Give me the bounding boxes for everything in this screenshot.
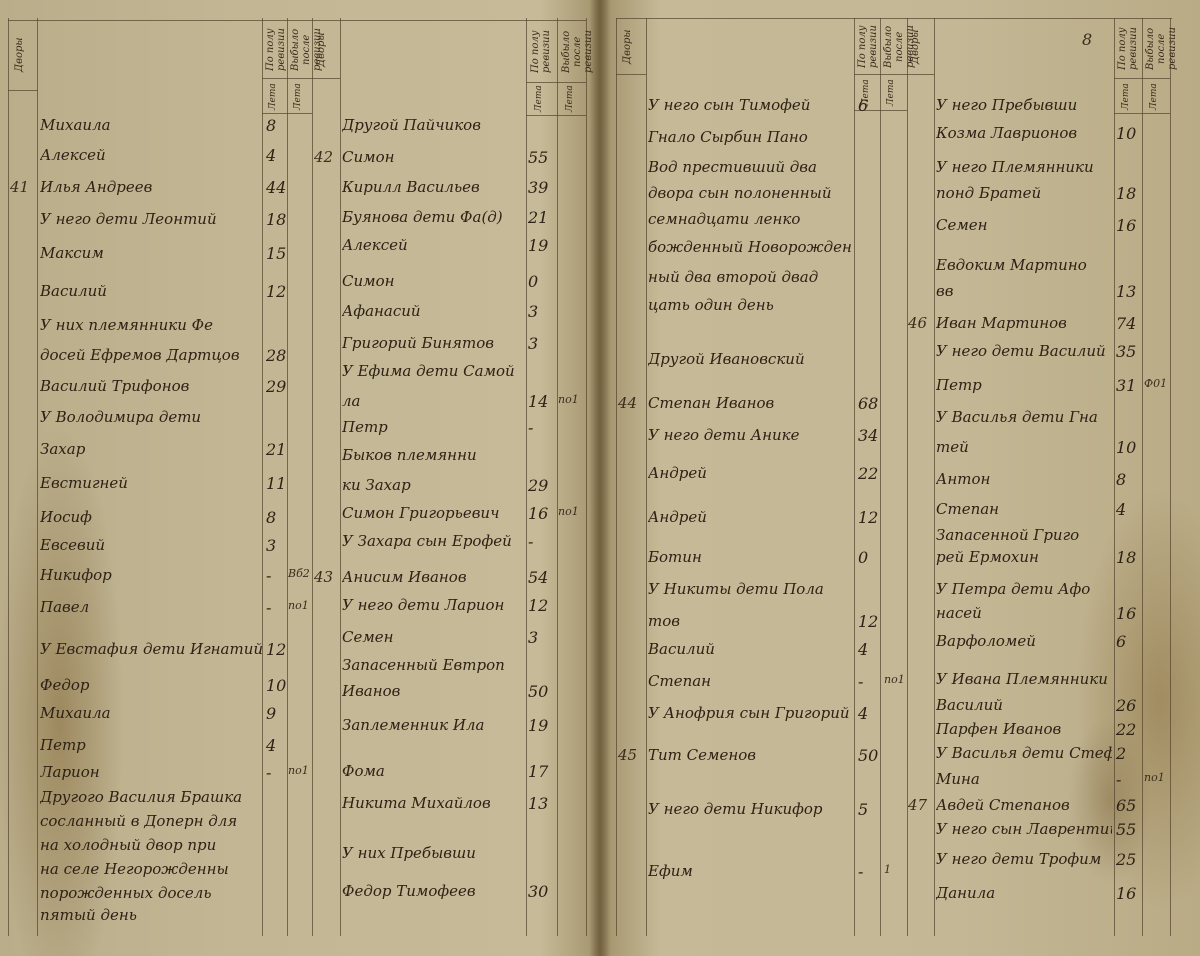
- register-entry: Иванов: [342, 682, 400, 700]
- register-entry: Анисим Иванов: [342, 568, 467, 586]
- rule: [262, 113, 312, 114]
- register-entry: У него дети Василий: [936, 342, 1106, 360]
- register-entry: Запасенный Евтроп: [342, 656, 505, 674]
- household-number: 46: [908, 314, 927, 332]
- household-number: 47: [908, 796, 927, 814]
- age-value: 18: [1116, 548, 1136, 567]
- register-entry: насей: [936, 604, 982, 622]
- annotation-mark: по1: [558, 394, 579, 405]
- annotation-mark: Вб2: [288, 568, 310, 579]
- age-value: 3: [528, 334, 538, 353]
- age-value: 9: [266, 704, 276, 723]
- age-value: 6: [1116, 632, 1126, 651]
- rule: [616, 18, 617, 936]
- age-value: 30: [528, 882, 548, 901]
- register-entry: Ефим: [648, 862, 693, 880]
- register-entry: Степан Иванов: [648, 394, 774, 412]
- annotation-mark: по1: [558, 506, 579, 517]
- left-page: Дворы По полу ревизии Выбыло после ревиз…: [0, 0, 598, 956]
- age-value: 44: [266, 178, 286, 197]
- age-value: 0: [858, 548, 868, 567]
- age-value: -: [858, 672, 863, 691]
- age-value: 18: [1116, 184, 1136, 203]
- rule: [8, 18, 9, 936]
- register-entry: Кирилл Васильев: [342, 178, 480, 196]
- age-value: 5: [858, 800, 868, 819]
- header-age-2-col2: Лета: [1149, 84, 1159, 110]
- age-value: 17: [528, 762, 548, 781]
- register-entry: Мина: [936, 770, 980, 788]
- header-households: Дворы: [622, 22, 633, 72]
- header-households: Дворы: [14, 24, 25, 86]
- register-entry: Степан: [936, 500, 999, 518]
- age-value: 3: [528, 302, 538, 321]
- age-value: 12: [266, 640, 286, 659]
- header-age-col2: Лета: [534, 86, 544, 112]
- register-entry: Алексей: [40, 146, 106, 164]
- header-age-2: Лета: [886, 80, 896, 106]
- register-entry: Петр: [342, 418, 388, 436]
- rule: [1114, 113, 1170, 114]
- register-entry: Другой Пайчиков: [342, 116, 481, 134]
- register-entry: У него Племянники: [936, 158, 1094, 176]
- header-age: Лета: [268, 84, 278, 110]
- register-entry: ки Захар: [342, 476, 411, 494]
- age-value: 10: [1116, 438, 1136, 457]
- register-entry: семнадцати ленко: [648, 210, 800, 228]
- register-entry: Михаила: [40, 704, 111, 722]
- age-value: 12: [528, 596, 548, 615]
- register-entry: Ботин: [648, 548, 702, 566]
- rule: [262, 78, 340, 79]
- register-entry: Василий: [936, 696, 1003, 714]
- age-value: 12: [266, 282, 286, 301]
- age-value: 14: [528, 392, 548, 411]
- register-entry: Евдоким Мартино: [936, 256, 1087, 274]
- age-value: -: [858, 862, 863, 881]
- age-value: 12: [858, 612, 878, 631]
- register-entry: Максим: [40, 244, 104, 262]
- age-value: 68: [858, 394, 878, 413]
- rule: [287, 18, 288, 936]
- age-value: 13: [528, 794, 548, 813]
- age-value: 21: [528, 208, 548, 227]
- register-entry: Павел: [40, 598, 89, 616]
- register-entry: Федор Тимофеев: [342, 882, 476, 900]
- age-value: -: [528, 532, 533, 551]
- register-entry: У него сын Тимофей: [648, 96, 810, 114]
- age-value: 6: [858, 96, 868, 115]
- rule: [1114, 78, 1170, 79]
- household-number: 45: [618, 746, 637, 764]
- register-entry: Иван Мартинов: [936, 314, 1067, 332]
- rule: [526, 18, 527, 936]
- age-value: 10: [266, 676, 286, 695]
- register-entry: У Василья дети Стефан: [936, 744, 1112, 762]
- register-entry: Никита Михайлов: [342, 794, 491, 812]
- register-entry: Евстигней: [40, 474, 128, 492]
- register-entry: Данила: [936, 884, 995, 902]
- register-entry: вв: [936, 282, 953, 300]
- register-entry: тей: [936, 438, 969, 456]
- rule: [8, 90, 38, 91]
- rule: [880, 18, 881, 936]
- register-entry: Андрей: [648, 508, 707, 526]
- register-entry: понд Братей: [936, 184, 1041, 202]
- age-value: 25: [1116, 850, 1136, 869]
- age-value: 15: [266, 244, 286, 263]
- age-value: 35: [1116, 342, 1136, 361]
- register-entry: на холодный двор при: [40, 836, 216, 854]
- register-entry: Федор: [40, 676, 89, 694]
- register-entry: У него дети Леонтий: [40, 210, 217, 228]
- register-entry: Степан: [648, 672, 711, 690]
- register-entry: Другой Ивановский: [648, 350, 805, 368]
- register-entry: Захар: [40, 440, 85, 458]
- annotation-mark: Ф01: [1144, 378, 1167, 389]
- register-entry: Другого Василия Брашка: [40, 788, 242, 806]
- age-value: 8: [266, 508, 276, 527]
- register-entry: У него дети Трофим: [936, 850, 1101, 868]
- header-since-census-col2: Выбыло после ревизии: [561, 24, 594, 80]
- age-value: 19: [528, 236, 548, 255]
- register-entry: Вод престивший два: [648, 158, 817, 176]
- age-value: 28: [266, 346, 286, 365]
- rule: [526, 115, 586, 116]
- rule: [854, 18, 855, 936]
- rule: [1170, 18, 1171, 936]
- rule: [586, 18, 587, 936]
- register-entry: Фома: [342, 762, 385, 780]
- register-entry: досей Ефремов Дартцов: [40, 346, 240, 364]
- register-entry: Парфен Иванов: [936, 720, 1061, 738]
- register-entry: Петр: [40, 736, 86, 754]
- register-entry: ный два второй двад: [648, 268, 818, 286]
- register-entry: Михаила: [40, 116, 111, 134]
- register-entry: У Анофрия сын Григорий: [648, 704, 850, 722]
- age-value: 16: [1116, 884, 1136, 903]
- register-entry: У Петра дети Афо: [936, 580, 1090, 598]
- rule: [262, 18, 263, 936]
- register-entry: божденный Новорожден: [648, 238, 852, 256]
- header-age-2: Лета: [293, 84, 303, 110]
- age-value: 50: [528, 682, 548, 701]
- register-entry: тов: [648, 612, 680, 630]
- register-entry: сосланный в Доперн для: [40, 812, 237, 830]
- header-prev-census: По полу ревизии: [265, 24, 287, 76]
- age-value: 50: [858, 746, 878, 765]
- annotation-mark: по1: [288, 765, 309, 776]
- annotation-mark: по1: [884, 674, 905, 685]
- register-entry: Симон: [342, 148, 395, 166]
- register-entry: У него сын Лаврентий: [936, 820, 1112, 838]
- age-value: -: [266, 598, 271, 617]
- register-entry: Алексей: [342, 236, 408, 254]
- header-households-2: Дворы: [316, 24, 327, 76]
- register-entry: Буянова дети Фа(д): [342, 208, 503, 226]
- register-entry: У Ефима дети Самой: [342, 362, 515, 380]
- age-value: -: [528, 418, 533, 437]
- rule: [854, 74, 934, 75]
- register-entry: У них Пребывши: [342, 844, 476, 862]
- age-value: -: [266, 566, 271, 585]
- age-value: 3: [528, 628, 538, 647]
- age-value: 13: [1116, 282, 1136, 301]
- register-entry: Быков племянни: [342, 446, 477, 464]
- register-entry: Никифор: [40, 566, 112, 584]
- register-entry: Заплеменник Ила: [342, 716, 484, 734]
- register-entry: Козма Лаврионов: [936, 124, 1077, 142]
- register-entry: рей Ермохин: [936, 548, 1039, 566]
- age-value: 4: [266, 146, 276, 165]
- register-entry: двора сын полоненный: [648, 184, 832, 202]
- register-entry: У Василья дети Гна: [936, 408, 1098, 426]
- header-age-2-col2: Лета: [565, 86, 575, 112]
- age-value: 29: [528, 476, 548, 495]
- rule: [557, 18, 558, 936]
- register-entry: У него дети Ларион: [342, 596, 504, 614]
- register-entry: Василий: [40, 282, 107, 300]
- age-value: 19: [528, 716, 548, 735]
- age-value: 11: [266, 474, 286, 493]
- register-entry: У Захара сын Ерофей: [342, 532, 512, 550]
- rule: [8, 20, 586, 21]
- register-entry: порожденных досель: [40, 884, 212, 902]
- age-value: 3: [266, 536, 276, 555]
- age-value: 18: [266, 210, 286, 229]
- register-entry: У Евстафия дети Игнатий: [40, 640, 262, 658]
- rule: [1114, 18, 1115, 936]
- age-value: 10: [1116, 124, 1136, 143]
- age-value: 74: [1116, 314, 1136, 333]
- age-value: 4: [1116, 500, 1126, 519]
- age-value: -: [1116, 770, 1121, 789]
- register-entry: Тит Семенов: [648, 746, 756, 764]
- header-prev-census-col2: По полу ревизии: [530, 24, 552, 80]
- household-number: 44: [618, 394, 637, 412]
- age-value: 55: [528, 148, 548, 167]
- register-entry: У него дети Никифор: [648, 800, 823, 818]
- register-entry: Андрей: [648, 464, 707, 482]
- age-value: 16: [528, 504, 548, 523]
- age-value: 65: [1116, 796, 1136, 815]
- annotation-mark: 1: [884, 864, 891, 875]
- age-value: 26: [1116, 696, 1136, 715]
- household-number: 42: [314, 148, 333, 166]
- register-entry: У Ивана Племянники: [936, 670, 1108, 688]
- register-entry: Ларион: [40, 763, 100, 781]
- register-entry: пятый день: [40, 906, 137, 924]
- header-age-col2: Лета: [1121, 84, 1131, 110]
- register-entry: Запасенной Григо: [936, 526, 1079, 544]
- register-entry: Антон: [936, 470, 990, 488]
- register-entry: Евсевий: [40, 536, 105, 554]
- register-entry: Варфоломей: [936, 632, 1036, 650]
- register-entry: ла: [342, 392, 361, 410]
- register-entry: Гнало Сырбин Пано: [648, 128, 808, 146]
- annotation-mark: по1: [288, 600, 309, 611]
- rule: [646, 18, 647, 936]
- register-entry: Григорий Бинятов: [342, 334, 494, 352]
- age-value: 54: [528, 568, 548, 587]
- annotation-mark: по1: [1144, 772, 1165, 783]
- age-value: 29: [266, 377, 286, 396]
- age-value: 21: [266, 440, 286, 459]
- household-number: 41: [10, 178, 29, 196]
- household-number: 43: [314, 568, 333, 586]
- rule: [1142, 18, 1143, 936]
- rule: [37, 18, 38, 936]
- register-entry: Симон: [342, 272, 395, 290]
- register-entry: Афанасий: [342, 302, 421, 320]
- register-entry: Симон Григорьевич: [342, 504, 499, 522]
- register-entry: Василий: [648, 640, 715, 658]
- rule: [934, 18, 935, 936]
- register-entry: Василий Трифонов: [40, 377, 189, 395]
- header-households-2: Дворы: [910, 22, 921, 72]
- rule: [340, 18, 341, 936]
- register-entry: Иосиф: [40, 508, 92, 526]
- age-value: 34: [858, 426, 878, 445]
- rule: [616, 74, 646, 75]
- age-value: 4: [266, 736, 276, 755]
- right-page: Дворы По полу ревизии Выбыло после ревиз…: [602, 0, 1200, 956]
- age-value: 8: [1116, 470, 1126, 489]
- age-value: 12: [858, 508, 878, 527]
- age-value: 16: [1116, 604, 1136, 623]
- age-value: 39: [528, 178, 548, 197]
- register-entry: Авдей Степанов: [936, 796, 1070, 814]
- age-value: 22: [858, 464, 878, 483]
- register-entry: цать один день: [648, 296, 774, 314]
- age-value: 0: [528, 272, 538, 291]
- page-number: 8: [1082, 30, 1092, 49]
- register-entry: Семен: [936, 216, 988, 234]
- age-value: 31: [1116, 376, 1136, 395]
- age-value: 4: [858, 704, 868, 723]
- register-entry: У Володимира дети: [40, 408, 201, 426]
- register-entry: У них племянники Фе: [40, 316, 213, 334]
- document-spread: Дворы По полу ревизии Выбыло после ревиз…: [0, 0, 1200, 956]
- age-value: 22: [1116, 720, 1136, 739]
- register-entry: У Никиты дети Пола: [648, 580, 824, 598]
- age-value: 2: [1116, 744, 1126, 763]
- age-value: 55: [1116, 820, 1136, 839]
- rule: [526, 82, 586, 83]
- rule: [312, 18, 313, 936]
- register-entry: Петр: [936, 376, 982, 394]
- register-entry: У него дети Анике: [648, 426, 800, 444]
- header-prev-census: По полу ревизии: [857, 22, 879, 72]
- register-entry: Семен: [342, 628, 394, 646]
- age-value: 8: [266, 116, 276, 135]
- age-value: -: [266, 763, 271, 782]
- rule: [616, 18, 1172, 19]
- age-value: 16: [1116, 216, 1136, 235]
- age-value: 4: [858, 640, 868, 659]
- register-entry: на селе Негорожденны: [40, 860, 229, 878]
- header-since-census-col2: Выбыло после ревизии: [1145, 22, 1178, 76]
- header-prev-census-col2: По полу ревизии: [1117, 22, 1139, 76]
- register-entry: Илья Андреев: [40, 178, 152, 196]
- register-entry: У него Пребывши: [936, 96, 1077, 114]
